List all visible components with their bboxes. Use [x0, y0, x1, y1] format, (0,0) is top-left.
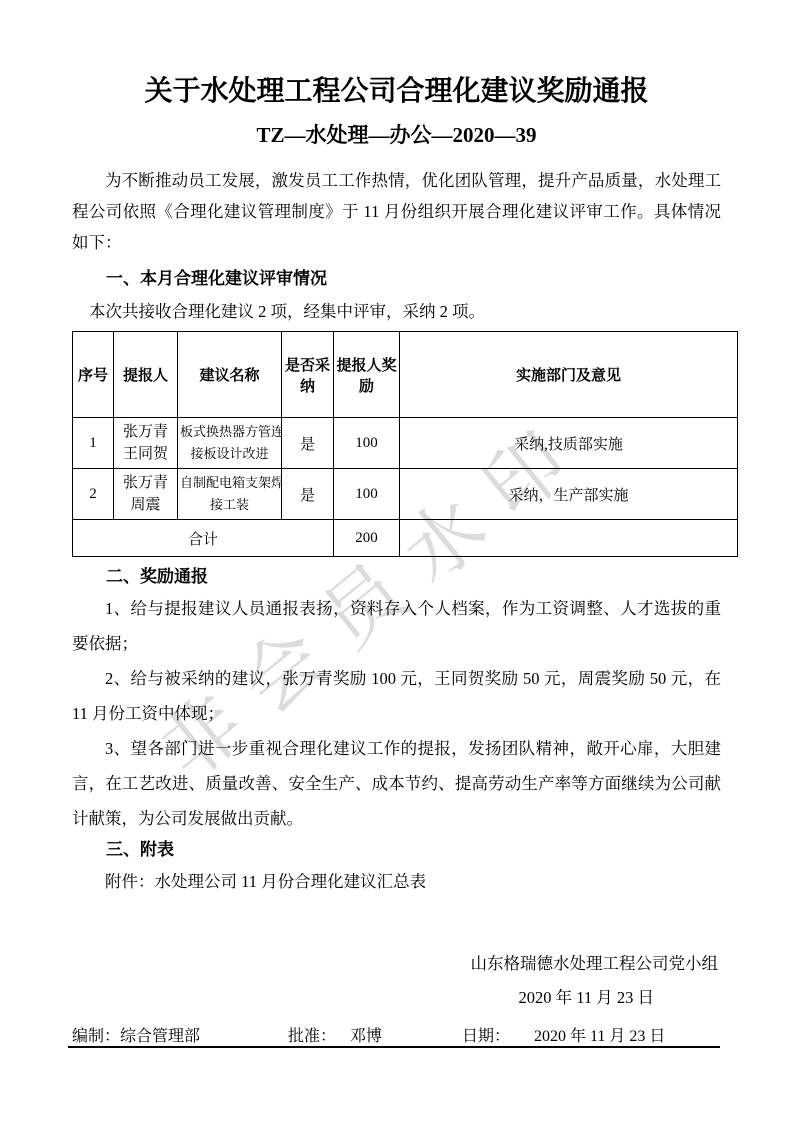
footer-bar: 编制：综合管理部 批准：邓博 日期：2020 年 11 月 23 日 [68, 1020, 720, 1048]
signature-org: 山东格瑞德水处理工程公司党小组 [72, 947, 721, 981]
table-total-row: 合计 200 [73, 520, 738, 557]
section1-heading: 一、本月合理化建议评审情况 [72, 267, 721, 291]
footer-approved-value: 邓博 [350, 1028, 382, 1045]
section1-summary: 本次共接收合理化建议 2 项，经集中评审，采纳 2 项。 [72, 296, 721, 327]
cell-proposer: 张万青 王同贺 [114, 418, 178, 469]
document-number: TZ—水处理—办公—2020—39 [0, 122, 793, 148]
document-body: 为不断推动员工发展，激发员工工作热情，优化团队管理，提升产品质量，水处理工程公司… [72, 165, 721, 1015]
footer-prepared-value: 综合管理部 [120, 1028, 200, 1045]
col-header-serial: 序号 [73, 332, 114, 418]
table-header-row: 序号 提报人 建议名称 是否采 纳 提报人奖 励 实施部门及意见 [73, 332, 738, 418]
signature-block: 山东格瑞德水处理工程公司党小组 2020 年 11 月 23 日 [72, 947, 721, 1015]
cell-reward: 100 [334, 469, 400, 520]
cell-reward: 100 [334, 418, 400, 469]
col-header-reward: 提报人奖 励 [334, 332, 400, 418]
table-row-2: 2 张万青 周震 自制配电箱支架焊 接工装 是 100 采纳，生产部实施 [73, 469, 738, 520]
cell-proposer: 张万青 周震 [114, 469, 178, 520]
total-label: 合计 [73, 520, 334, 557]
suggestions-table: 序号 提报人 建议名称 是否采 纳 提报人奖 励 实施部门及意见 1 张万青 王… [72, 331, 738, 557]
section2-paragraph-3: 3、望各部门进一步重视合理化建议工作的提报，发扬团队精神，敞开心扉，大胆建言，在… [72, 731, 721, 836]
col-header-adopted: 是否采 纳 [282, 332, 334, 418]
document-page: 关于水处理工程公司合理化建议奖励通报 TZ—水处理—办公—2020—39 为不断… [0, 0, 793, 1015]
col-header-proposer: 提报人 [114, 332, 178, 418]
footer-approved-label: 批准： [288, 1028, 336, 1045]
total-empty-cell [400, 520, 738, 557]
cell-serial: 1 [73, 418, 114, 469]
cell-serial: 2 [73, 469, 114, 520]
document-title: 关于水处理工程公司合理化建议奖励通报 [0, 0, 793, 110]
table-row-1: 1 张万青 王同贺 板式换热器方管连 接板设计改进 是 100 采纳,技质部实施 [73, 418, 738, 469]
section2-paragraph-1: 1、给与提报建议人员通报表扬，资料存入个人档案，作为工资调整、人才选拔的重要依据… [72, 591, 721, 661]
footer-approved-group: 批准：邓博 [288, 1023, 382, 1046]
cell-dept-opinion: 采纳,技质部实施 [400, 418, 738, 469]
section2-heading: 二、奖励通报 [72, 565, 721, 589]
cell-suggestion: 板式换热器方管连 接板设计改进 [178, 418, 282, 469]
col-header-dept-opinion: 实施部门及意见 [400, 332, 738, 418]
cell-adopted: 是 [282, 418, 334, 469]
attachment-line: 附件：水处理公司 11 月份合理化建议汇总表 [72, 866, 721, 897]
footer-date-group: 日期：2020 年 11 月 23 日 [462, 1023, 665, 1046]
col-header-suggestion: 建议名称 [178, 332, 282, 418]
footer-date-label: 日期： [462, 1028, 510, 1045]
section3-heading: 三、附表 [72, 838, 721, 862]
total-value: 200 [334, 520, 400, 557]
cell-adopted: 是 [282, 469, 334, 520]
footer-date-value: 2020 年 11 月 23 日 [534, 1028, 665, 1045]
cell-dept-opinion: 采纳，生产部实施 [400, 469, 738, 520]
section2-paragraph-2: 2、给与被采纳的建议，张万青奖励 100 元，王同贺奖励 50 元，周震奖励 5… [72, 661, 721, 731]
footer-prepared-group: 编制：综合管理部 [72, 1023, 200, 1046]
intro-paragraph: 为不断推动员工发展，激发员工工作热情，优化团队管理，提升产品质量，水处理工程公司… [72, 165, 721, 258]
footer-prepared-label: 编制： [72, 1028, 120, 1045]
cell-suggestion: 自制配电箱支架焊 接工装 [178, 469, 282, 520]
signature-date: 2020 年 11 月 23 日 [72, 981, 721, 1015]
